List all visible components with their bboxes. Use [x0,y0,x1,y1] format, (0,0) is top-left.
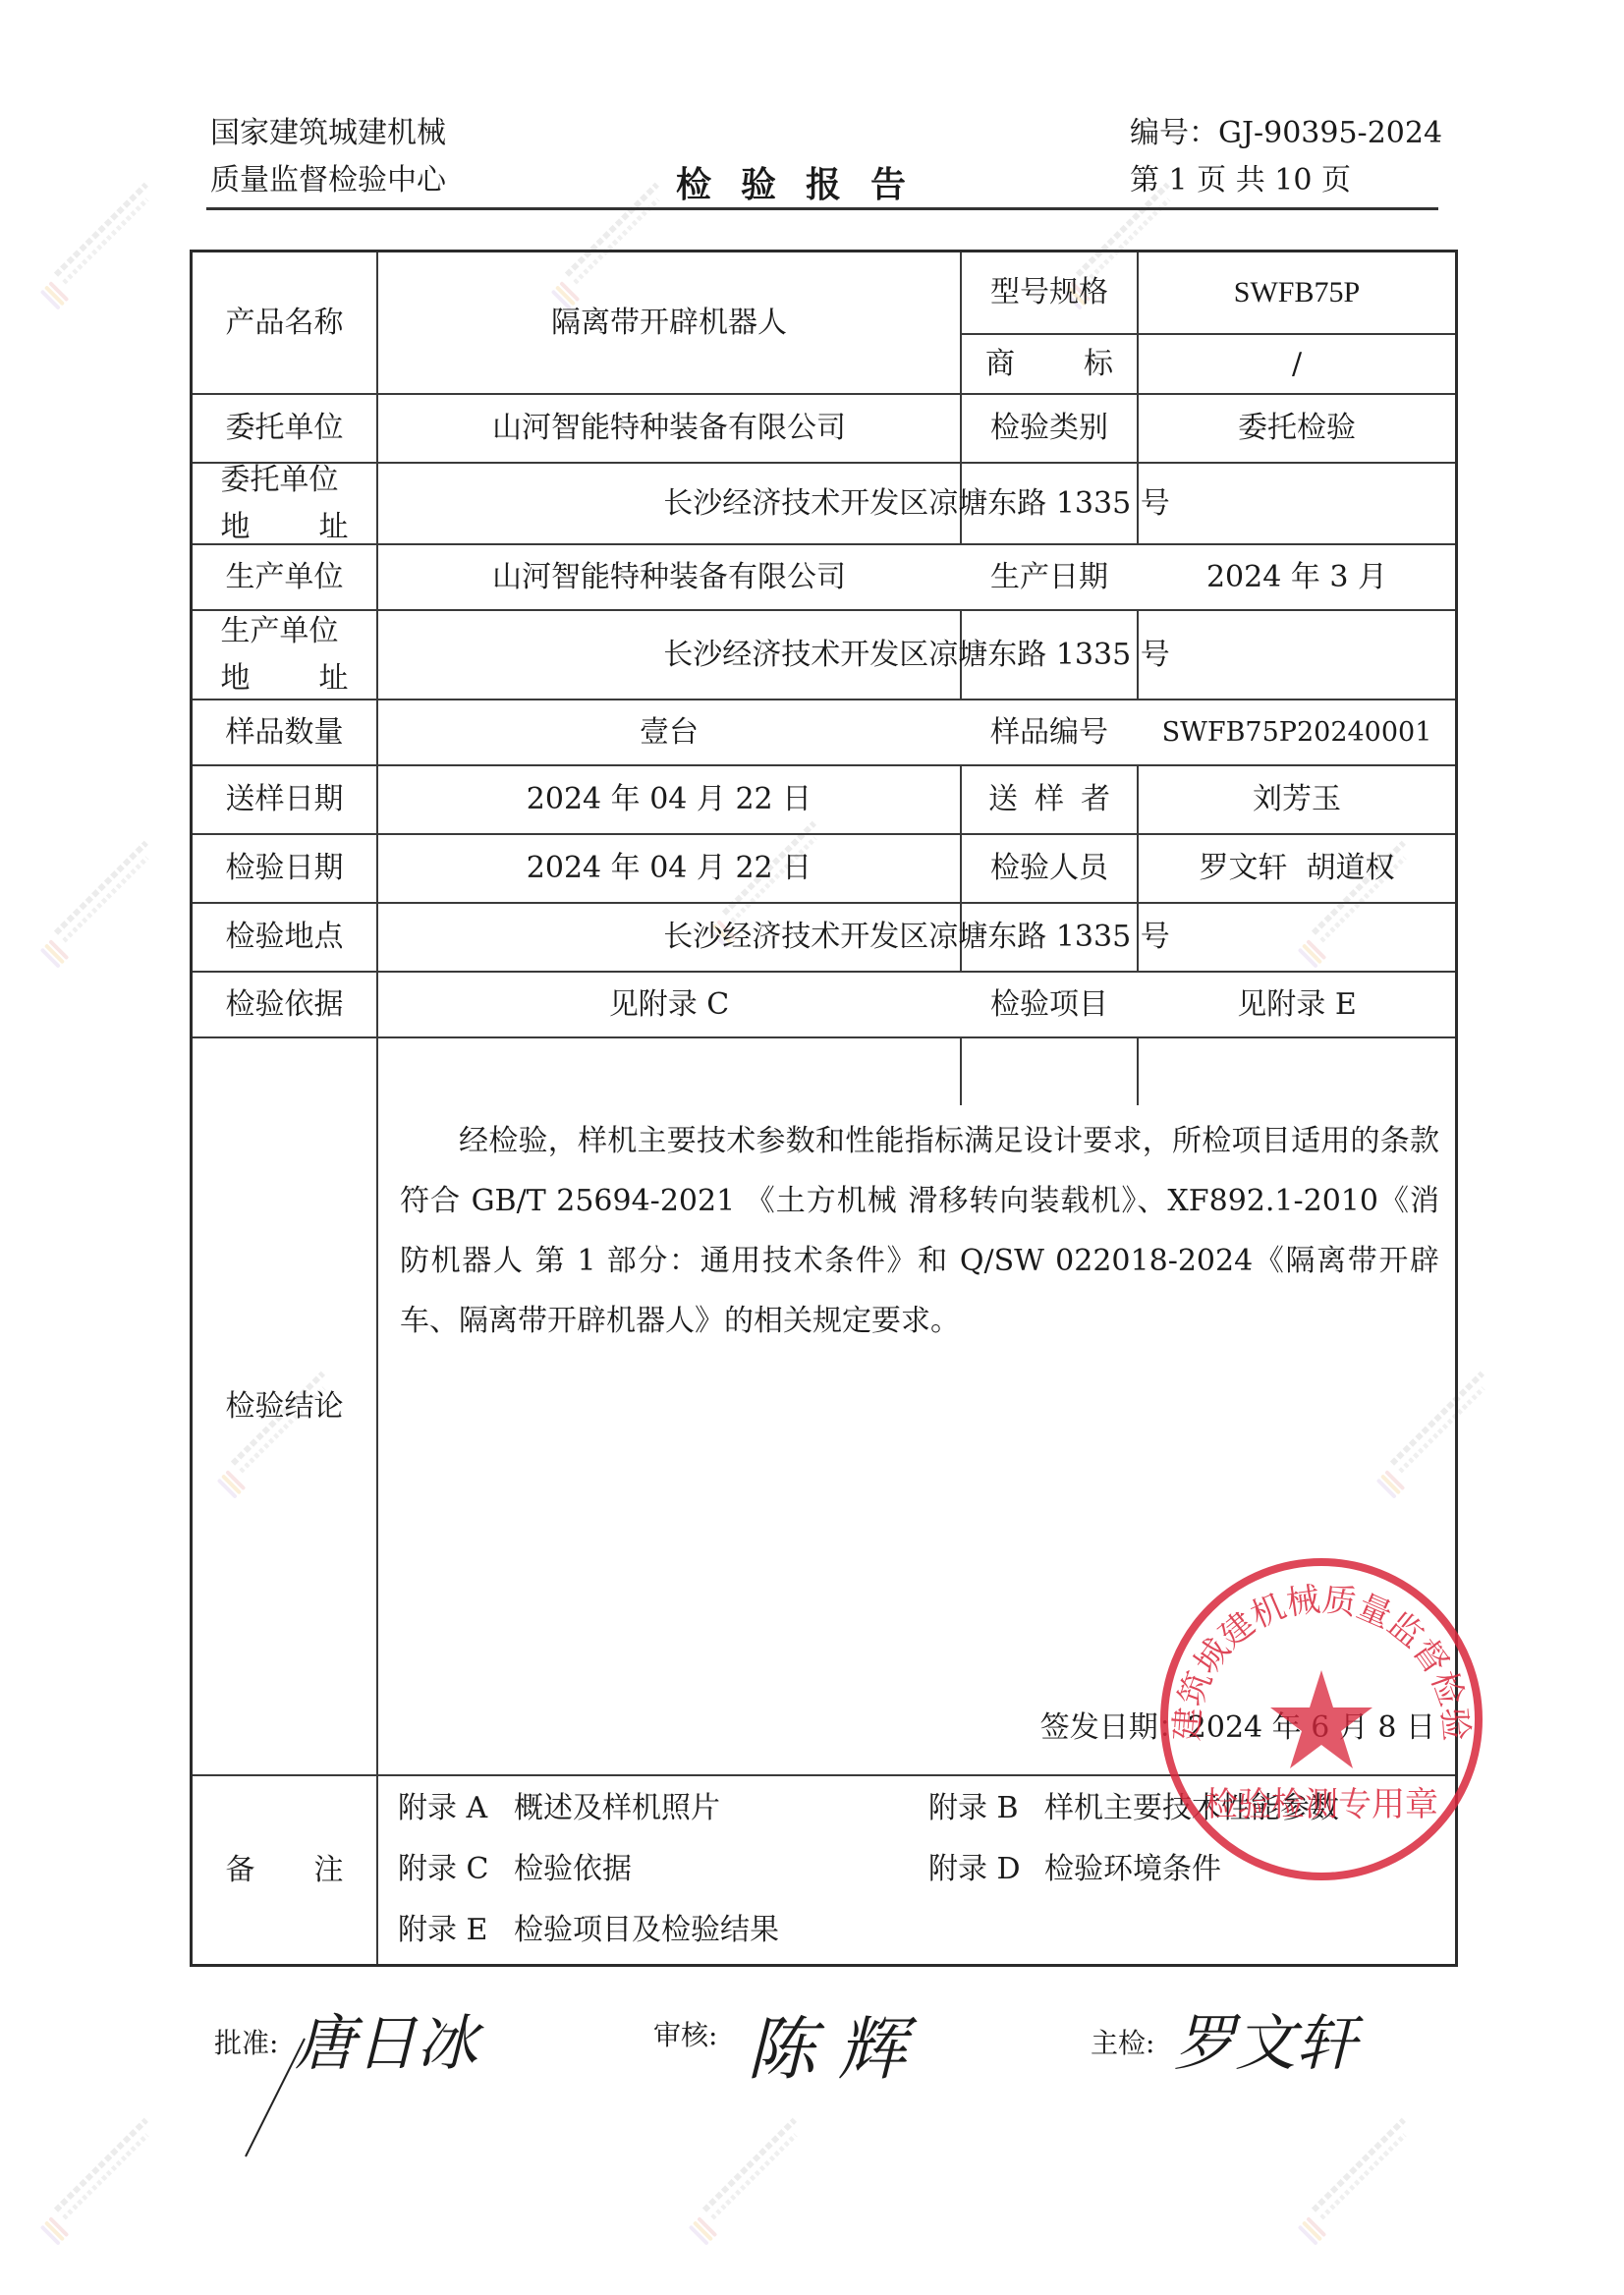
report-meta: 编号：GJ-90395-2024 第 1 页 共 10 页 [1130,110,1442,204]
label-text: 生产单位 [221,608,339,655]
sample-quantity-value: 壹台 [378,700,960,764]
label-text: 址 [319,655,349,702]
org-line-1: 国家建筑城建机械 [210,110,446,157]
trademark-label: 商标 [962,335,1137,393]
client-value: 山河智能特种装备有限公司 [378,395,960,462]
watermark [30,173,176,318]
label-text: 址 [319,504,349,551]
manufacturer-label: 生产单位 [193,545,376,609]
delivery-date-label: 送样日期 [193,766,376,833]
appendix-code: 附录 A [398,1778,514,1839]
appendix-desc: 样机主要技术性能参数 [1044,1791,1339,1825]
chief-inspector-signature: 罗文轩 [1174,1994,1357,2082]
delivery-date-value: 2024 年 04 月 22 日 [378,766,960,833]
label-line: 委托单位 [221,457,349,504]
manufacturer-address-label: 生产单位 地址 [193,611,376,699]
label-line: 生产单位 [221,608,349,655]
production-date-label: 生产日期 [962,545,1137,609]
chief-inspector-label: 主检: [1091,2022,1154,2061]
appendix-code: 附录 D [928,1839,1044,1900]
trademark-value: / [1139,335,1455,393]
issue-date: 签发日期：2024 年 6 月 8 日 [1040,1703,1435,1746]
remark-item: 附录 A概述及样机照片 [398,1778,720,1839]
org-line-2: 质量监督检验中心 [210,157,446,204]
remark-item: 附录 C检验依据 [398,1839,632,1900]
basis-label: 检验依据 [193,973,376,1036]
sample-number-value: SWFB75P20240001 [1139,700,1455,764]
appendix-desc: 检验依据 [514,1852,632,1886]
inspectors-value: 罗文轩 胡道权 [1139,835,1455,902]
label-text: 委托单位 [221,457,339,504]
label-char: 样 [1035,776,1064,823]
conclusion-label: 检验结论 [193,1038,376,1774]
inspection-type-label: 检验类别 [962,395,1137,462]
remark-item: 附录 E检验项目及检验结果 [398,1900,779,1961]
inspection-date-value: 2024 年 04 月 22 日 [378,835,960,902]
trademark-label-char: 标 [1084,341,1113,388]
conclusion-text: 经检验，样机主要技术参数和性能指标满足设计要求，所检项目适用的条款符合 GB/T… [400,1111,1439,1351]
page-info: 第 1 页 共 10 页 [1130,157,1442,204]
document-title: 检验报告 [676,157,935,207]
basis-value: 见附录 C [378,973,960,1036]
model-label: 型号规格 [962,252,1137,333]
label-line: 地址 [221,655,349,702]
product-name-value: 隔离带开辟机器人 [378,252,960,393]
conclusion-paragraph: 经检验，样机主要技术参数和性能指标满足设计要求，所检项目适用的条款符合 GB/T… [400,1111,1439,1351]
appendix-code: 附录 B [928,1778,1044,1839]
sample-quantity-label: 样品数量 [193,700,376,764]
location-value: 长沙经济技术开发区凉塘东路 1335 号 [378,904,1455,971]
approve-signature: 唐日冰 [295,1994,477,2082]
inspection-date-label: 检验日期 [193,835,376,902]
remarks-label: 备注 [193,1776,376,1964]
sender-label: 送样者 [962,766,1137,833]
production-date-value: 2024 年 3 月 [1139,545,1455,609]
inspection-type-value: 委托检验 [1139,395,1455,462]
trademark-label-char: 商 [985,341,1015,388]
watermark [30,831,176,977]
items-value: 见附录 E [1139,973,1455,1036]
client-address-label: 委托单位 地址 [193,464,376,543]
remark-item: 附录 B样机主要技术性能参数 [928,1778,1339,1839]
appendix-desc: 检验环境条件 [1044,1852,1221,1886]
label-text: 地 [221,655,251,702]
client-address-value: 长沙经济技术开发区凉塘东路 1335 号 [378,464,1455,543]
sample-number-label: 样品编号 [962,700,1137,764]
model-value: SWFB75P [1139,252,1455,333]
review-signature: 陈 辉 [747,1994,906,2094]
watermark [679,2108,824,2254]
client-label: 委托单位 [193,395,376,462]
remarks-list: 附录 A概述及样机照片 附录 B样机主要技术性能参数 附录 C检验依据 附录 D… [378,1776,1455,1964]
appendix-desc: 概述及样机照片 [514,1791,720,1825]
label-text: 地 [221,504,251,551]
header-divider [206,207,1438,210]
product-name-label: 产品名称 [193,252,376,393]
items-label: 检验项目 [962,973,1137,1036]
review-label: 审核: [653,2014,717,2053]
label-char: 者 [1081,776,1110,823]
appendix-code: 附录 E [398,1900,514,1961]
label-line: 地址 [221,504,349,551]
signature-stroke [236,2034,314,2161]
location-label: 检验地点 [193,904,376,971]
organization-name: 国家建筑城建机械 质量监督检验中心 [210,110,446,204]
appendix-desc: 检验项目及检验结果 [514,1913,779,1947]
inspectors-label: 检验人员 [962,835,1137,902]
remark-item: 附录 D检验环境条件 [928,1839,1221,1900]
appendix-code: 附录 C [398,1839,514,1900]
label-char: 备 [226,1847,255,1894]
label-char: 注 [314,1847,344,1894]
manufacturer-value: 山河智能特种装备有限公司 [378,545,960,609]
conclusion-cell: 经检验，样机主要技术参数和性能指标满足设计要求，所检项目适用的条款符合 GB/T… [378,1038,1455,1774]
watermark [30,2108,176,2254]
inspection-report-table: 产品名称 隔离带开辟机器人 型号规格 SWFB75P 商标 / 委托单位 山河智… [190,250,1458,1967]
report-number: 编号：GJ-90395-2024 [1130,110,1442,157]
manufacturer-address-value: 长沙经济技术开发区凉塘东路 1335 号 [378,611,1455,699]
watermark [1288,2108,1433,2254]
label-char: 送 [988,776,1018,823]
sender-value: 刘芳玉 [1139,766,1455,833]
